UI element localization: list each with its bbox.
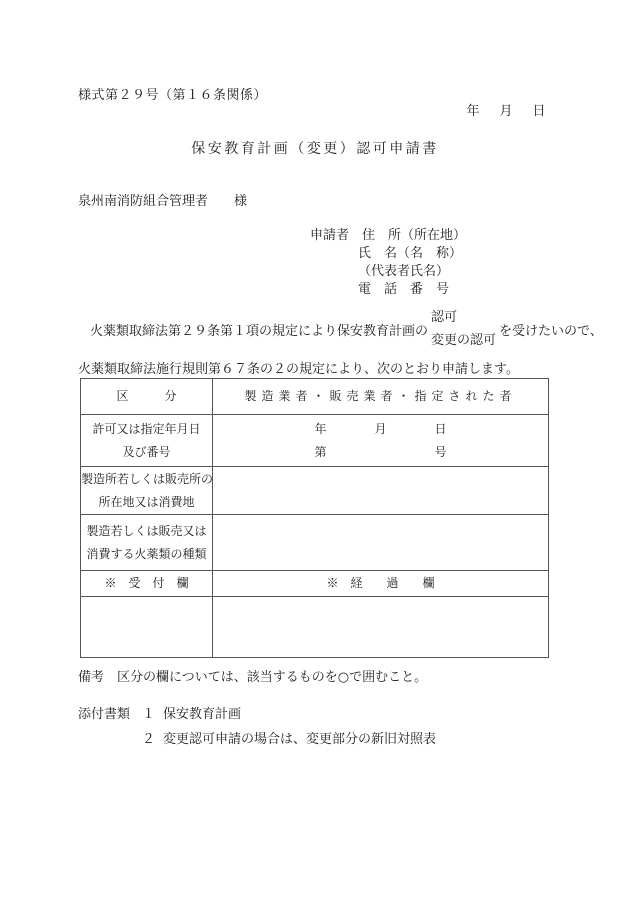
body-text-after-option: を受けたいので、 [499, 320, 603, 339]
explosive-type-label-line2: 消費する火薬類の種類 [81, 543, 212, 566]
location-label-line1: 製造所若しくは販売所の [81, 468, 212, 491]
attachment-item: ２ 変更認可申請の場合は、変更部分の新旧対照表 [78, 727, 436, 752]
cell-explosive-type-label: 製造若しくは販売又は 消費する火薬類の種類 [81, 515, 213, 571]
applicant-name-line: 氏 名（名 称） [310, 245, 466, 263]
application-table: 区 分 製造業者・販売業者・指定された者 許可又は指定年月日 及び番号 年 月 … [80, 378, 549, 658]
applicant-block: 申請者 住 所（所在地） 氏 名（名 称） （代表者氏名） 電 話 番 号 [310, 227, 466, 299]
explosive-type-label-line1: 製造若しくは販売又は [81, 520, 212, 543]
approval-option-bottom: 変更の認可 [431, 329, 496, 352]
table-row: 製造若しくは販売又は 消費する火薬類の種類 [81, 515, 549, 571]
permit-date-label-line2: 及び番号 [81, 441, 212, 464]
permit-date-line: 年 月 日 [213, 418, 548, 441]
approval-option-top: 認可 [431, 306, 496, 329]
attachment-text: 変更認可申請の場合は、変更部分の新旧対照表 [163, 727, 436, 752]
attachments-label: 添付書類 [78, 702, 142, 727]
attachments-label-spacer [78, 727, 142, 752]
table-row: 区 分 製造業者・販売業者・指定された者 [81, 379, 549, 415]
cell-category-label: 区 分 [81, 379, 213, 415]
body-paragraph-line2: 火薬類取締法施行規則第６７条の２の規定により、次のとおり申請します。 [78, 358, 519, 377]
location-label-line2: 所在地又は消費地 [81, 491, 212, 514]
cell-permit-date-label: 許可又は指定年月日 及び番号 [81, 415, 213, 467]
permit-number-line: 第 号 [213, 441, 548, 464]
applicant-representative-line: （代表者氏名） [310, 263, 466, 281]
table-row: ※ 受 付 欄 ※ 経 過 欄 [81, 571, 549, 597]
attachment-number: １ [142, 702, 163, 727]
cell-reception-column-space [81, 597, 213, 658]
remarks-note: 備考 区分の欄については、該当するものを○で囲むこと。 [78, 666, 427, 685]
date-line: 年 月 日 [466, 100, 549, 119]
attachments-block: 添付書類 １ 保安教育計画 ２ 変更認可申請の場合は、変更部分の新旧対照表 [78, 702, 436, 752]
form-number: 様式第２９号（第１６条関係） [78, 84, 267, 103]
body-paragraph-line1: 火薬類取締法第２９条第１項の規定により保安教育計画の 認可 変更の認可 を受けた… [78, 306, 603, 352]
addressee: 泉州南消防組合管理者 様 [78, 190, 247, 209]
cell-category-options: 製造業者・販売業者・指定された者 [213, 379, 549, 415]
attachment-item: 添付書類 １ 保安教育計画 [78, 702, 436, 727]
cell-location-label: 製造所若しくは販売所の 所在地又は消費地 [81, 467, 213, 515]
table-row [81, 597, 549, 658]
document-page: 様式第２９号（第１６条関係） 年 月 日 保安教育計画（変更）認可申請書 泉州南… [0, 0, 630, 903]
cell-explosive-type-value [213, 515, 549, 571]
applicant-label: 申請者 [310, 228, 349, 243]
applicant-address: 住 所（所在地） [362, 228, 466, 243]
cell-progress-column-space [213, 597, 549, 658]
cell-progress-column-label: ※ 経 過 欄 [213, 571, 549, 597]
table-row: 許可又は指定年月日 及び番号 年 月 日 第 号 [81, 415, 549, 467]
attachment-text: 保安教育計画 [163, 702, 241, 727]
cell-reception-column-label: ※ 受 付 欄 [81, 571, 213, 597]
table-row: 製造所若しくは販売所の 所在地又は消費地 [81, 467, 549, 515]
applicant-address-line: 申請者 住 所（所在地） [310, 227, 466, 245]
attachment-number: ２ [142, 727, 163, 752]
document-title: 保安教育計画（変更）認可申請書 [0, 138, 630, 158]
approval-option-stack: 認可 変更の認可 [431, 306, 496, 352]
cell-permit-date-value: 年 月 日 第 号 [213, 415, 549, 467]
cell-location-value [213, 467, 549, 515]
applicant-phone-line: 電 話 番 号 [310, 281, 466, 299]
permit-date-label-line1: 許可又は指定年月日 [81, 418, 212, 441]
body-text-before-option: 火薬類取締法第２９条第１項の規定により保安教育計画の [90, 320, 428, 339]
